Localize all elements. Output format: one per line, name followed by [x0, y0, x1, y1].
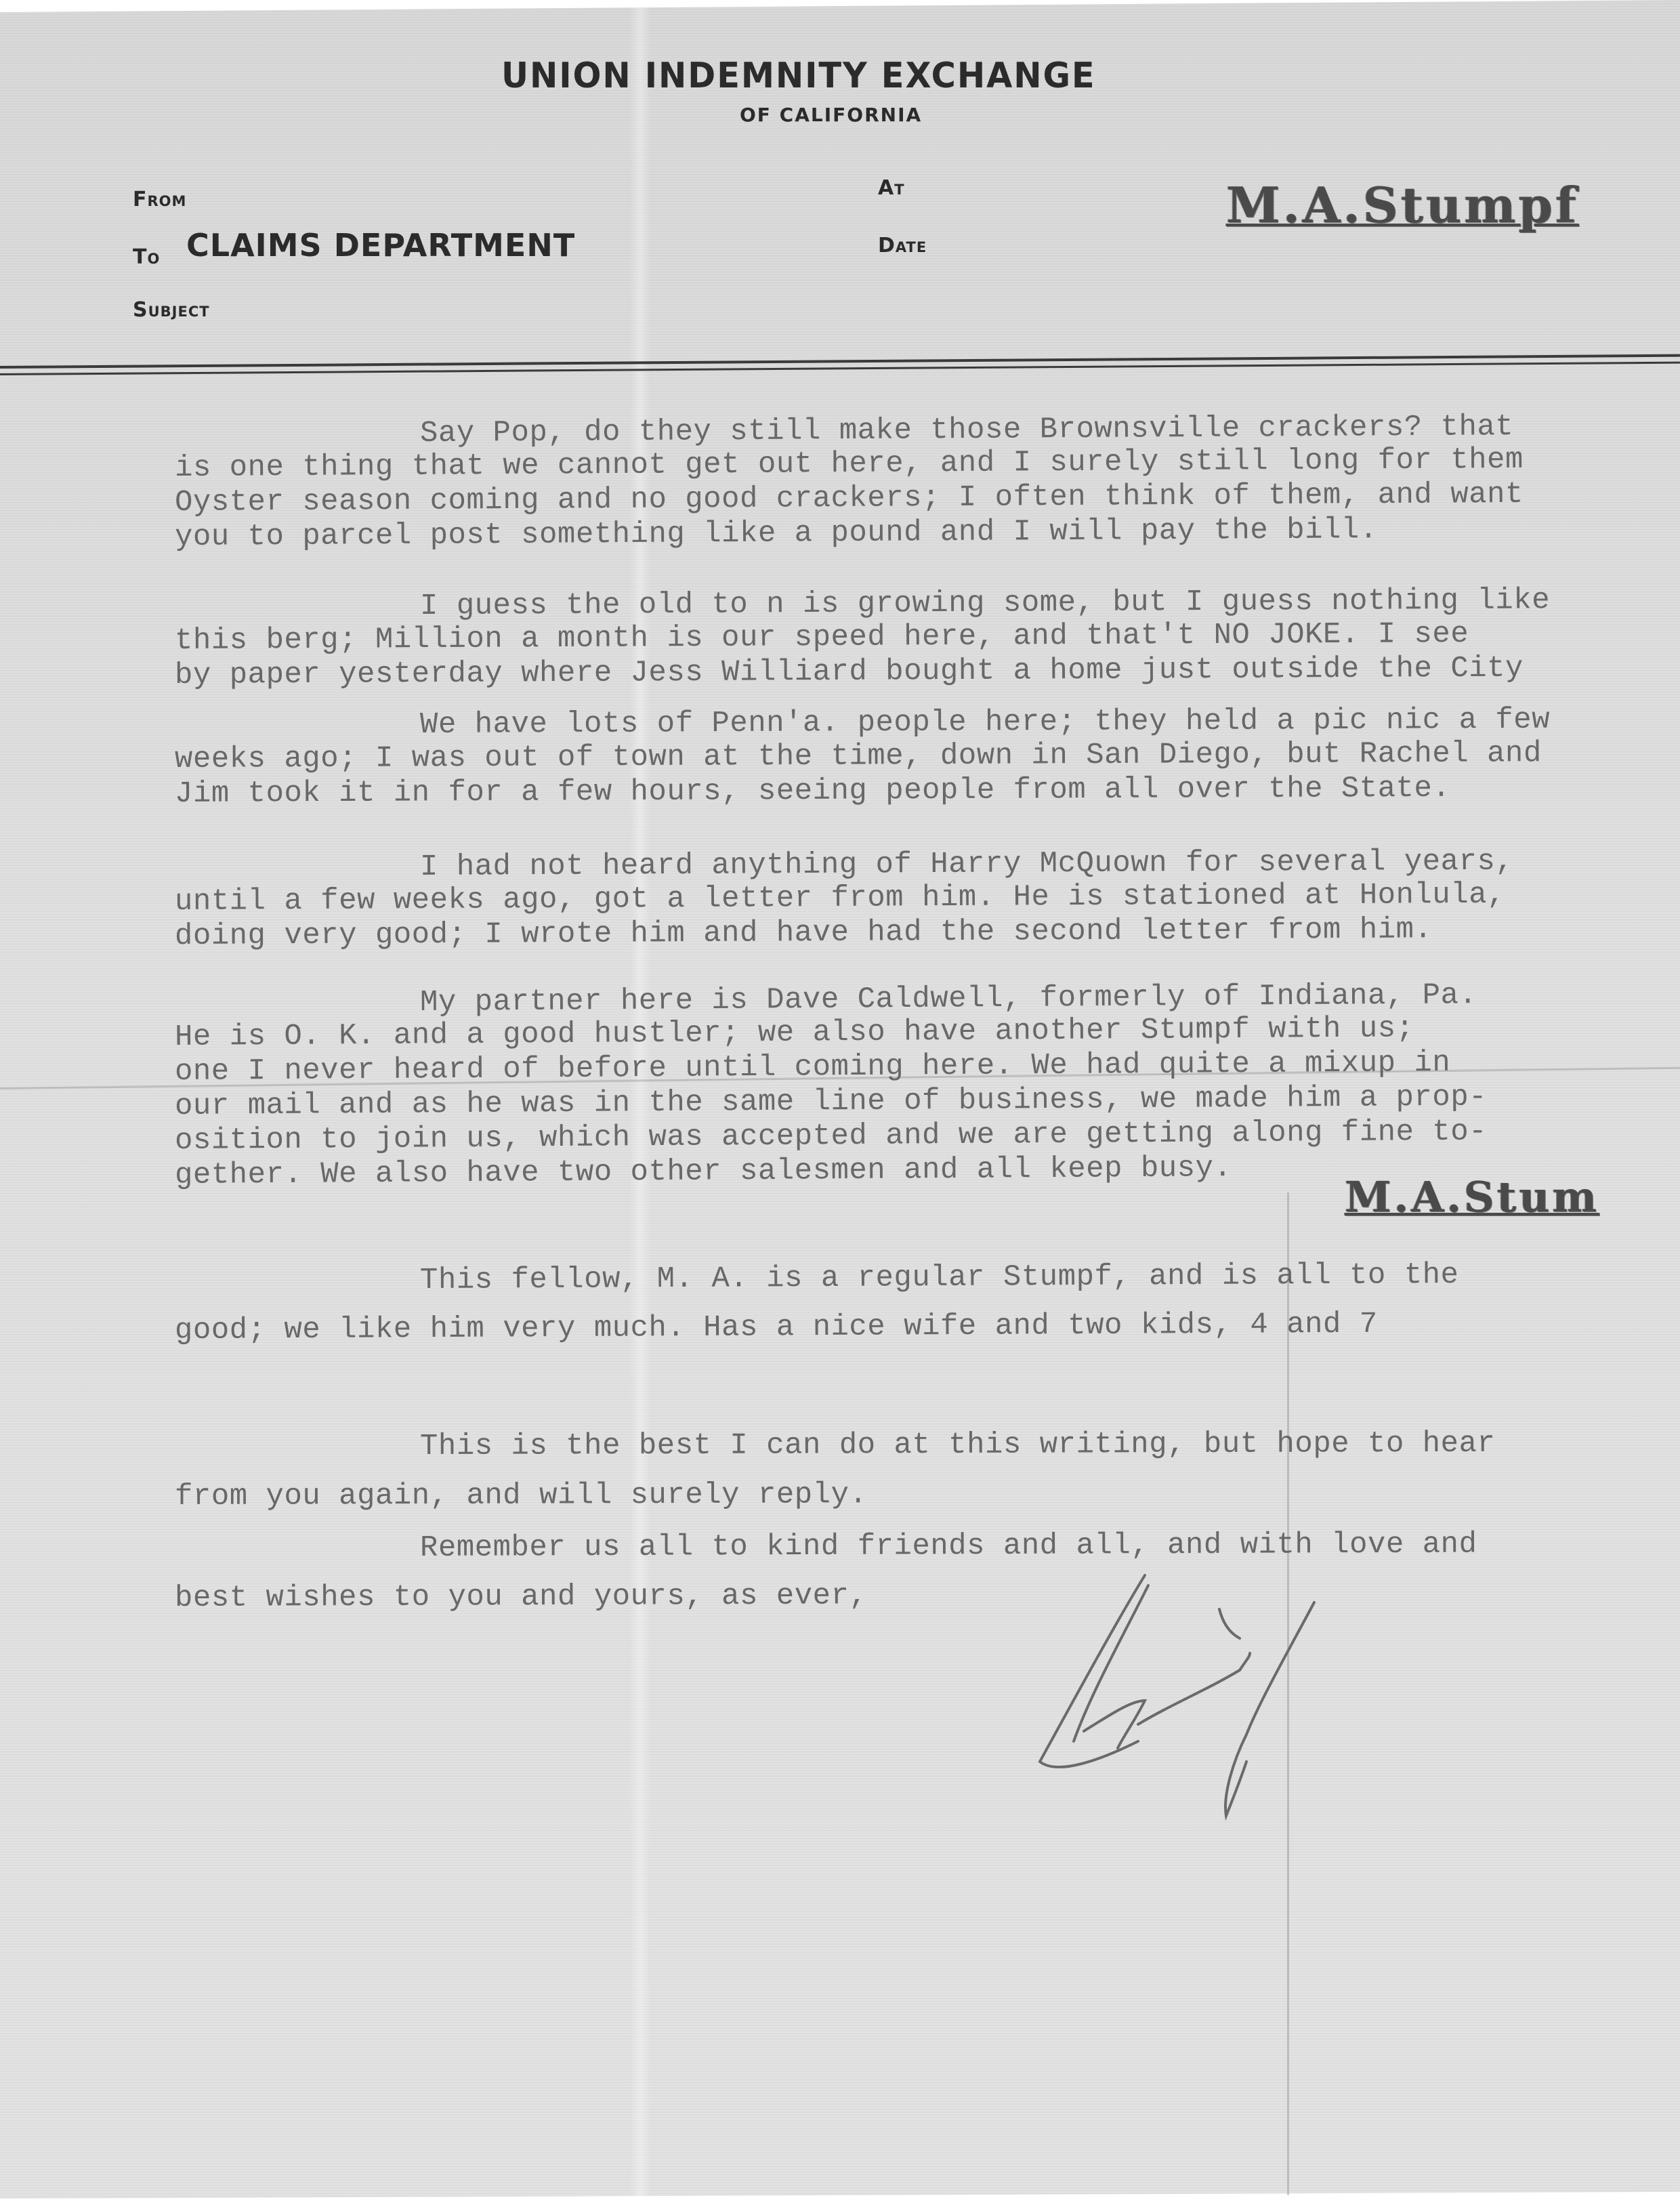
- handwritten-signature: [1016, 1558, 1355, 1870]
- company-subtitle: OF CALIFORNIA: [740, 104, 922, 126]
- to-label: To: [133, 245, 160, 269]
- typed-line: weeks ago; I was out of town at the time…: [175, 736, 1542, 776]
- to-value: CLAIMS DEPARTMENT: [186, 227, 575, 264]
- at-label: At: [878, 176, 905, 200]
- typed-line: We have lots of Penn'a. people here; the…: [420, 703, 1550, 742]
- typed-line: until a few weeks ago, got a letter from…: [175, 878, 1505, 919]
- typed-line: best wishes to you and yours, as ever,: [175, 1579, 868, 1615]
- typed-line: This is the best I can do at this writin…: [420, 1427, 1495, 1463]
- name-stamp-body: M.A.Stum: [1345, 1172, 1599, 1222]
- from-label: From: [133, 188, 186, 211]
- name-stamp-header: M.A.Stumpf: [1226, 176, 1579, 234]
- typed-line: good; we like him very much. Has a nice …: [175, 1308, 1378, 1348]
- typed-line: Jim took it in for a few hours, seeing p…: [175, 772, 1451, 811]
- typed-line: from you again, and will surely reply.: [175, 1478, 868, 1514]
- company-name: UNION INDEMNITY EXCHANGE: [501, 56, 1096, 96]
- typed-line: by paper yesterday where Jess Williard b…: [175, 652, 1524, 692]
- subject-label: Subject: [133, 298, 210, 322]
- typed-line: This fellow, M. A. is a regular Stumpf, …: [420, 1258, 1459, 1297]
- typed-line: this berg; Million a month is our speed …: [175, 617, 1469, 658]
- date-label: Date: [878, 234, 927, 257]
- typed-line: doing very good; I wrote him and have ha…: [175, 913, 1433, 953]
